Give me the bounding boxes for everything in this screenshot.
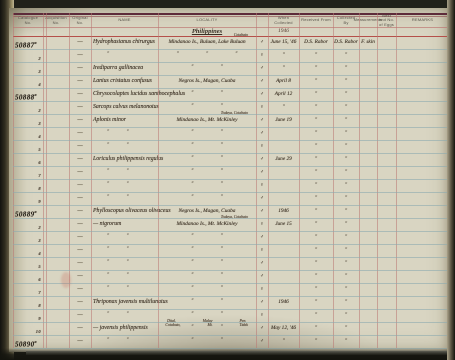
cell-when-collected: [268, 309, 299, 322]
cell-name: ″ ″: [91, 140, 158, 153]
cell-received-from: D.S. Rabor: [299, 36, 333, 49]
cell-collected-by: ″: [333, 205, 359, 218]
cell-remarks: [396, 49, 449, 62]
catalogue-number: 5: [13, 257, 43, 270]
cell-remarks: [396, 179, 449, 192]
catalogue-number: 7: [13, 283, 43, 296]
column-header-recd: Received From: [299, 13, 333, 27]
cell-nest-eggs: [377, 62, 396, 75]
row-rule: [13, 192, 449, 193]
cell-received-from: ″: [299, 62, 333, 75]
cell-collected-by: ″: [333, 49, 359, 62]
row-rule: [13, 270, 449, 271]
cell-locality: Negros Is., Magan, Cuaba: [158, 75, 256, 88]
cell-locality: ″ ″: [158, 179, 256, 192]
cell-original-no: —: [69, 179, 91, 192]
cell-received-from: ″: [299, 283, 333, 296]
cell-collected-by: ″: [333, 335, 359, 348]
cell-received-from: ″: [299, 140, 333, 153]
cell-collected-by: ″: [333, 166, 359, 179]
cell-sex: ♀: [256, 179, 268, 192]
cell-measurements: [359, 179, 377, 192]
cell-collected-by: ″: [333, 114, 359, 127]
catalogue-number: 2: [13, 218, 43, 231]
cell-measurements: [359, 127, 377, 140]
cell-measurements: [359, 101, 377, 114]
cell-measurements: [359, 205, 377, 218]
row-rule: [13, 179, 449, 180]
cell-nest-eggs: [377, 192, 396, 205]
cell-nest-eggs: [377, 114, 396, 127]
cell-locality: ″ ″: [158, 88, 256, 101]
cell-collected-by: ″: [333, 140, 359, 153]
cell-locality: ″ ″: [158, 140, 256, 153]
cell-remarks: [396, 101, 449, 114]
cell-when-collected: [268, 192, 299, 205]
ledger-row: 4—″ ″″ ″♂″″: [13, 127, 449, 140]
catalogue-number: 50888a: [13, 88, 43, 101]
cell-name: Irediparra gallinacea: [91, 62, 158, 75]
cell-locality: ″ ″: [158, 270, 256, 283]
cell-sex: ♂: [256, 257, 268, 270]
cell-remarks: [396, 244, 449, 257]
column-header-cat: Catalogue No.: [13, 13, 43, 27]
column-rule: [91, 13, 92, 348]
catalogue-number: 8: [13, 179, 43, 192]
cell-measurements: [359, 153, 377, 166]
ledger-row: 50888a—Chrysocolaptes lucidus xanthoceph…: [13, 88, 449, 101]
ledger-row: 4—Lanius cristatus confususNegros Is., M…: [13, 75, 449, 88]
ledger-row: 3—Irediparra gallinacea″ ″♂″″″: [13, 62, 449, 75]
cell-measurements: [359, 166, 377, 179]
cell-remarks: [396, 75, 449, 88]
cell-measurements: [359, 140, 377, 153]
cell-when-collected: [268, 166, 299, 179]
cell-collected-by: ″: [333, 283, 359, 296]
cell-name: ″ ″: [91, 309, 158, 322]
cell-locality: Mindanao Is., Mt. McKinleyTodaya, Cotaba…: [158, 218, 256, 231]
cell-original-no: —: [69, 49, 91, 62]
column-rule: [299, 13, 300, 348]
cell-remarks: [396, 140, 449, 153]
cell-locality: Mindanao Is., Mt. McKinleyTodaya, Cotaba…: [158, 114, 256, 127]
cell-when-collected: [268, 270, 299, 283]
cell-measurements: [359, 62, 377, 75]
cell-nest-eggs: [377, 88, 396, 101]
cell-nest-eggs: [377, 179, 396, 192]
cell-nest-eggs: [377, 231, 396, 244]
catalogue-number: 4: [13, 244, 43, 257]
cell-locality: ″ ″: [158, 192, 256, 205]
cell-nest-eggs: [377, 101, 396, 114]
cell-measurements: [359, 88, 377, 101]
cell-original-no: —: [69, 114, 91, 127]
cell-original-no: —: [69, 153, 91, 166]
cell-locality: Mindanao Is., Buluan, Lake BuluanCotabat…: [158, 36, 256, 49]
cell-when-collected: 1946: [268, 296, 299, 309]
cell-original-no: —: [69, 296, 91, 309]
cell-received-from: ″: [299, 218, 333, 231]
ledger-row: 4—″ ″″ ″♀″″: [13, 244, 449, 257]
catalogue-number: 5: [13, 140, 43, 153]
cell-sex: ♂: [256, 153, 268, 166]
cell-collected-by: ″: [333, 244, 359, 257]
page-stack-edge: [26, 351, 450, 355]
row-rule: [13, 335, 449, 336]
catalogue-number: 6: [13, 270, 43, 283]
cell-sex: ♀: [256, 309, 268, 322]
cell-received-from: ″: [299, 75, 333, 88]
cell-when-collected: ″: [268, 335, 299, 348]
cell-name: Loriculus philippensis regulus: [91, 153, 158, 166]
cell-locality: ″ ″: [158, 127, 256, 140]
cell-locality: ″ ″: [158, 257, 256, 270]
cell-sex: ♀: [256, 218, 268, 231]
cell-original-no: —: [69, 101, 91, 114]
cell-remarks: [396, 88, 449, 101]
cell-locality: ″ ″: [158, 296, 256, 309]
catalogue-number: 3: [13, 231, 43, 244]
row-rule: [13, 140, 449, 141]
cell-sex: ♂: [256, 62, 268, 75]
cell-name: ″ ″: [91, 335, 158, 348]
column-rule: [256, 13, 257, 348]
cell-collected-by: ″: [333, 309, 359, 322]
cell-received-from: ″: [299, 270, 333, 283]
row-rule: [13, 127, 449, 128]
cell-measurements: [359, 335, 377, 348]
cell-remarks: [396, 335, 449, 348]
cell-measurements: [359, 218, 377, 231]
locality-annotation: Cotabato: [234, 33, 248, 37]
cell-original-no: —: [69, 335, 91, 348]
column-header-meas: Measurements: [359, 13, 377, 27]
cell-received-from: ″: [299, 257, 333, 270]
ledger-row: 50890a—″ ″″ ″♂″″″: [13, 335, 449, 348]
cell-nest-eggs: [377, 36, 396, 49]
cell-nest-eggs: [377, 296, 396, 309]
cell-nest-eggs: [377, 218, 396, 231]
cell-measurements: [359, 49, 377, 62]
cell-locality: ″ ″: [158, 231, 256, 244]
cell-measurements: [359, 296, 377, 309]
cell-collected-by: ″: [333, 75, 359, 88]
cell-when-collected: [268, 231, 299, 244]
ledger-row: 3—Aplonis minorMindanao Is., Mt. McKinle…: [13, 114, 449, 127]
cell-name: ″ ″: [91, 283, 158, 296]
cell-collected-by: ″: [333, 88, 359, 101]
cell-name: — nigrorum: [91, 218, 158, 231]
cell-when-collected: June 15: [268, 218, 299, 231]
catalogue-number: 50889a: [13, 205, 43, 218]
cell-nest-eggs: [377, 49, 396, 62]
cell-original-no: —: [69, 88, 91, 101]
cell-original-no: —: [69, 322, 91, 335]
cell-measurements: [359, 322, 377, 335]
row-rule: [13, 283, 449, 284]
cell-remarks: [396, 270, 449, 283]
cell-name: Lanius cristatus confusus: [91, 75, 158, 88]
cell-sex: ♂: [256, 296, 268, 309]
column-rule: [377, 13, 378, 348]
cell-nest-eggs: [377, 166, 396, 179]
cell-remarks: [396, 283, 449, 296]
cell-original-no: —: [69, 309, 91, 322]
cell-original-no: —: [69, 192, 91, 205]
cell-received-from: ″: [299, 101, 333, 114]
column-header-eggs: Nest and No. of Eggs: [377, 13, 396, 27]
cell-name: ″ ″: [91, 270, 158, 283]
cell-remarks: [396, 114, 449, 127]
book-right-edge: [447, 0, 455, 360]
cell-sex: ♂: [256, 270, 268, 283]
cell-nest-eggs: [377, 283, 396, 296]
cell-name: Phylloscopus olivaceus olivaceus: [91, 205, 158, 218]
cell-measurements: [359, 309, 377, 322]
cell-received-from: ″: [299, 322, 333, 335]
cell-name: Thriponax javensis multilunatus: [91, 296, 158, 309]
cell-received-from: ″: [299, 88, 333, 101]
ledger-row: 5—″ ″″ ″♀″″: [13, 140, 449, 153]
cell-nest-eggs: [377, 257, 396, 270]
cell-collected-by: ″: [333, 257, 359, 270]
cell-remarks: [396, 296, 449, 309]
cell-collected-by: ″: [333, 101, 359, 114]
cell-measurements: [359, 231, 377, 244]
cell-nest-eggs: [377, 75, 396, 88]
cell-received-from: ″: [299, 153, 333, 166]
ledger-row: 8—″ ″″ ″♀″″: [13, 179, 449, 192]
cell-original-no: —: [69, 231, 91, 244]
cell-name: ″ ″: [91, 257, 158, 270]
cell-remarks: [396, 205, 449, 218]
cell-when-collected: [268, 127, 299, 140]
cell-when-collected: June 29: [268, 153, 299, 166]
cell-sex: ♂: [256, 36, 268, 49]
cell-nest-eggs: [377, 270, 396, 283]
column-rule: [268, 13, 269, 348]
cell-when-collected: [268, 283, 299, 296]
cell-sex: ♂: [256, 205, 268, 218]
cell-when-collected: ″: [268, 62, 299, 75]
column-rule: [158, 13, 159, 348]
cell-remarks: [396, 309, 449, 322]
cell-collected-by: ″: [333, 296, 359, 309]
cell-received-from: ″: [299, 309, 333, 322]
row-rule: [13, 166, 449, 167]
cell-original-no: —: [69, 270, 91, 283]
cell-sex: ♂: [256, 88, 268, 101]
cell-received-from: ″: [299, 179, 333, 192]
ledger-page: Catalogue No.Acquisition No.Original No.…: [9, 8, 450, 352]
cell-nest-eggs: [377, 244, 396, 257]
row-rule: [13, 231, 449, 232]
cell-nest-eggs: [377, 127, 396, 140]
row-rule: [13, 348, 449, 349]
row-rule: [13, 309, 449, 310]
cell-collected-by: ″: [333, 231, 359, 244]
year-heading: 1946: [268, 27, 299, 36]
cell-sex: ♀: [256, 283, 268, 296]
cell-sex: ♀: [256, 49, 268, 62]
cell-name: ″ ″: [91, 231, 158, 244]
row-rule: [13, 244, 449, 245]
catalogue-number: 50890a: [13, 335, 43, 348]
cell-remarks: [396, 218, 449, 231]
cell-sex: ♂: [256, 75, 268, 88]
ledger-row: 2—— nigrorumMindanao Is., Mt. McKinleyTo…: [13, 218, 449, 231]
cell-received-from: ″: [299, 192, 333, 205]
row-rule: [13, 296, 449, 297]
ledger-row: 6—″ ″″ ″♂″″: [13, 270, 449, 283]
row-rule: [13, 153, 449, 154]
cell-nest-eggs: [377, 335, 396, 348]
catalogue-number: 6: [13, 153, 43, 166]
cell-measurements: [359, 244, 377, 257]
cell-nest-eggs: [377, 205, 396, 218]
catalogue-number: 2: [13, 101, 43, 114]
cell-sex: ♂: [256, 127, 268, 140]
row-rule: [13, 101, 449, 102]
ledger-row: 5—″ ″″ ″♂″″: [13, 257, 449, 270]
cell-remarks: [396, 153, 449, 166]
cell-original-no: —: [69, 244, 91, 257]
cell-collected-by: ″: [333, 153, 359, 166]
row-rule: [13, 218, 449, 219]
ledger-row: 2—″″ ″ ″♀″″″: [13, 49, 449, 62]
cell-collected-by: ″: [333, 270, 359, 283]
cell-measurements: [359, 270, 377, 283]
cell-name: ″ ″: [91, 179, 158, 192]
cell-received-from: ″: [299, 205, 333, 218]
cell-locality: ″ ″: [158, 335, 256, 348]
column-header-loc: LOCALITY: [158, 13, 256, 27]
cell-sex: ♂: [256, 114, 268, 127]
row-rule: [13, 205, 449, 206]
cell-collected-by: ″: [333, 218, 359, 231]
cell-locality: ″ ″: [158, 166, 256, 179]
row-rule: [13, 257, 449, 258]
ledger-row: 10—— javensis philippensis″ ″Dital, Mala…: [13, 322, 449, 335]
cell-original-no: —: [69, 205, 91, 218]
cell-when-collected: 1946: [268, 205, 299, 218]
cell-original-no: —: [69, 257, 91, 270]
catalogue-number: 4: [13, 127, 43, 140]
cell-received-from: ″: [299, 296, 333, 309]
cell-when-collected: April 8: [268, 75, 299, 88]
row-rule: [13, 49, 449, 50]
cell-original-no: —: [69, 75, 91, 88]
ledger-row: 7—″ ″″ ″♀″″: [13, 283, 449, 296]
cell-sex: ♂: [256, 231, 268, 244]
cell-original-no: —: [69, 140, 91, 153]
catalogue-number: 3: [13, 114, 43, 127]
row-rule: [13, 62, 449, 63]
scanned-ledger-photo: Catalogue No.Acquisition No.Original No.…: [0, 0, 455, 360]
cell-locality: ″ ″: [158, 244, 256, 257]
cell-sex: ♂: [256, 322, 268, 335]
cell-sex: ♀: [256, 140, 268, 153]
ledger-row: 6—Loriculus philippensis regulus″ ″♂June…: [13, 153, 449, 166]
cell-name: Sarcops calvus melanonotus: [91, 101, 158, 114]
column-header-name: NAME: [91, 13, 158, 27]
cell-name: ″ ″: [91, 192, 158, 205]
cell-locality: ″ ″ ″: [158, 49, 256, 62]
catalogue-number: 3: [13, 62, 43, 75]
column-rule: [69, 13, 70, 348]
column-header-orig: Original No.: [69, 13, 91, 27]
cell-received-from: ″: [299, 127, 333, 140]
column-header-row: Catalogue No.Acquisition No.Original No.…: [13, 13, 449, 27]
cell-received-from: ″: [299, 335, 333, 348]
locality-annotation: Dital, Malay Pen.Cotabato, Mt. Tidak: [165, 319, 248, 327]
cell-remarks: [396, 257, 449, 270]
ledger-row: 3—″ ″″ ″♂″″: [13, 231, 449, 244]
cell-remarks: [396, 192, 449, 205]
cell-measurements: [359, 192, 377, 205]
column-header-sex: [256, 13, 268, 27]
cell-name: ″: [91, 49, 158, 62]
cell-remarks: [396, 322, 449, 335]
cell-received-from: ″: [299, 231, 333, 244]
cell-collected-by: D.S. Rabor: [333, 36, 359, 49]
row-rule: [13, 75, 449, 76]
cell-measurements: F. skin: [359, 36, 377, 49]
column-rule: [43, 13, 44, 348]
cell-locality: ″ ″Dital, Malay Pen.Cotabato, Mt. Tidak: [158, 322, 256, 335]
cell-nest-eggs: [377, 322, 396, 335]
cell-received-from: ″: [299, 49, 333, 62]
cell-original-no: —: [69, 283, 91, 296]
row-rule: [13, 114, 449, 115]
cell-original-no: —: [69, 62, 91, 75]
cell-when-collected: ″: [268, 101, 299, 114]
ledger-row: 7—″ ″″ ″♂″″: [13, 166, 449, 179]
cell-sex: ♂: [256, 192, 268, 205]
cell-received-from: ″: [299, 244, 333, 257]
cell-remarks: [396, 127, 449, 140]
catalogue-number: 4: [13, 75, 43, 88]
cell-original-no: —: [69, 36, 91, 49]
cell-remarks: [396, 62, 449, 75]
cell-collected-by: ″: [333, 127, 359, 140]
cell-name: Chrysocolaptes lucidus xanthocephalus: [91, 88, 158, 101]
cell-sex: ♀: [256, 244, 268, 257]
cell-sex: ♀: [256, 101, 268, 114]
cell-measurements: [359, 283, 377, 296]
cell-when-collected: May 12, '46: [268, 322, 299, 335]
cell-when-collected: ″: [268, 49, 299, 62]
row-rule: [13, 88, 449, 89]
column-rule: [359, 13, 360, 348]
catalogue-number: 50887a: [13, 36, 43, 49]
cell-received-from: ″: [299, 166, 333, 179]
catalogue-number: 2: [13, 49, 43, 62]
cell-name: Hydrophasianus chirurgus: [91, 36, 158, 49]
cell-locality: ″ ″: [158, 153, 256, 166]
cell-when-collected: [268, 140, 299, 153]
cell-when-collected: [268, 244, 299, 257]
cell-nest-eggs: [377, 153, 396, 166]
cell-measurements: [359, 257, 377, 270]
catalogue-number: 10: [13, 322, 43, 335]
cell-remarks: [396, 36, 449, 49]
cell-collected-by: ″: [333, 192, 359, 205]
catalogue-number: 7: [13, 166, 43, 179]
cell-original-no: —: [69, 127, 91, 140]
red-ink-stain: [61, 272, 71, 288]
cell-remarks: [396, 231, 449, 244]
